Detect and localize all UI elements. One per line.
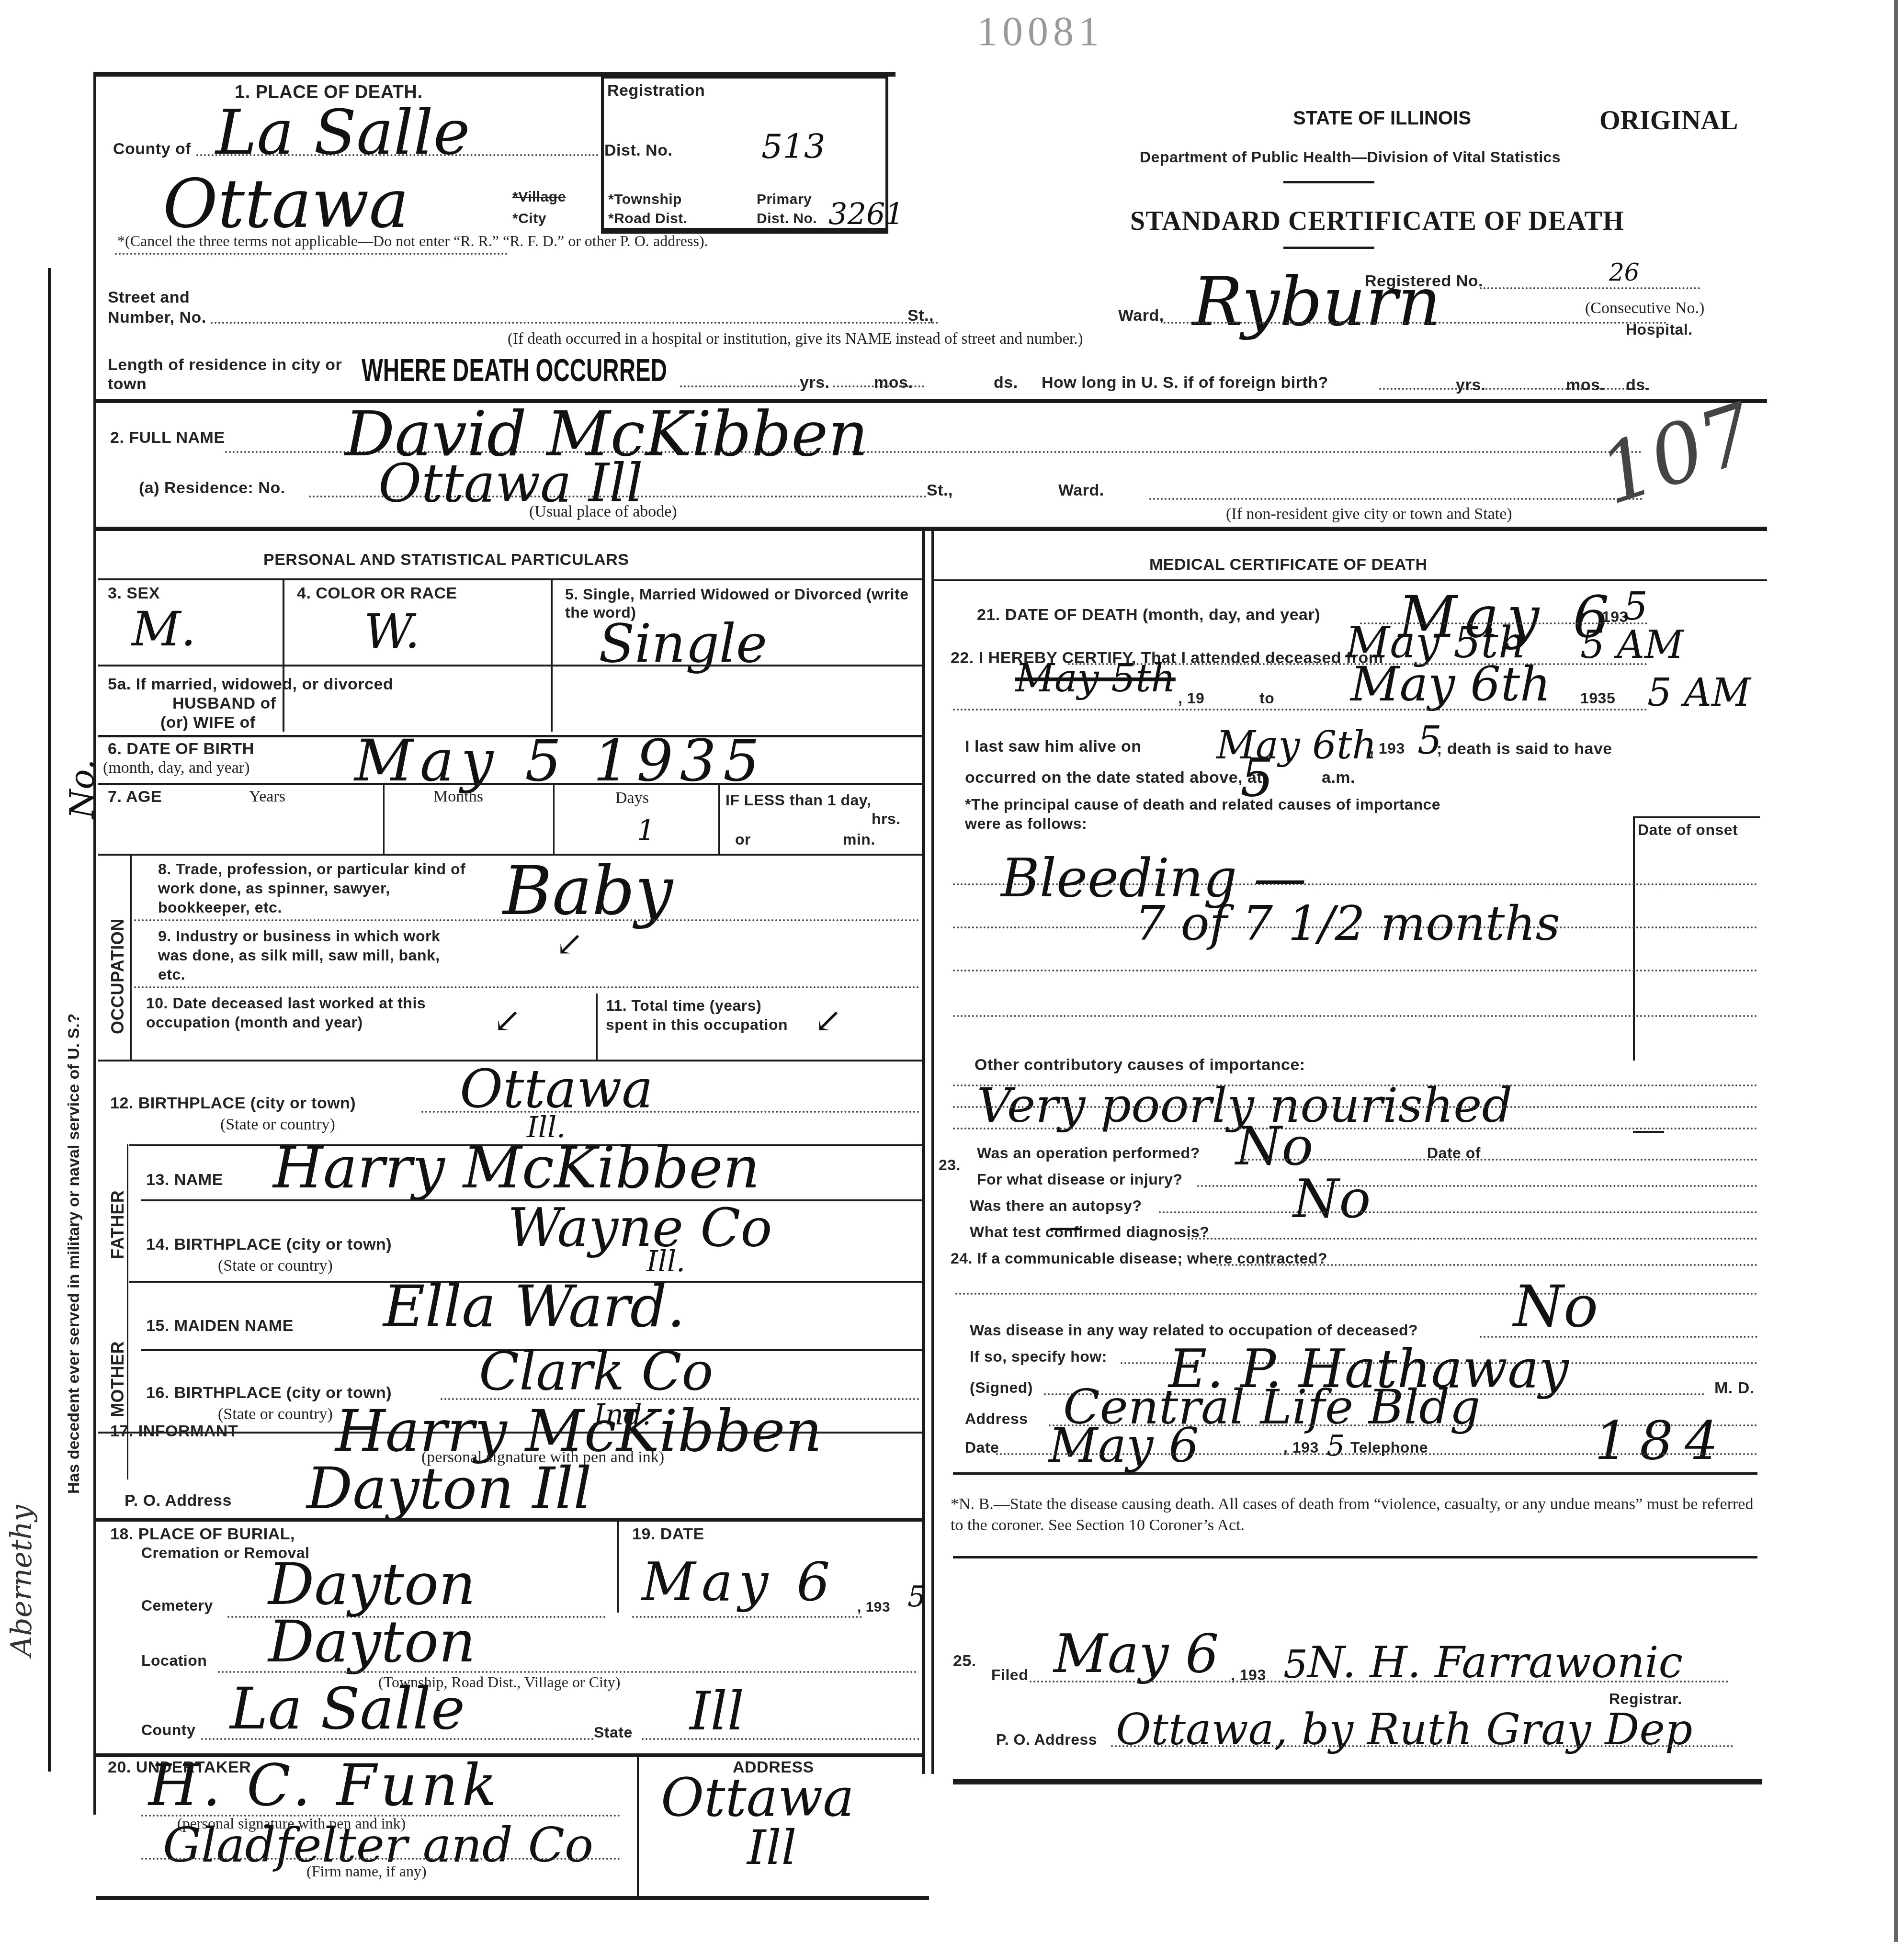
cause-2[interactable]: 7 of 7 1/2 months — [1135, 895, 1560, 951]
onset-bottom-line — [1633, 1131, 1664, 1133]
hrs-label: hrs. — [872, 810, 901, 828]
state-title: STATE OF ILLINOIS — [1293, 108, 1471, 129]
attended-to-value[interactable]: May 6th — [1350, 656, 1551, 712]
industry-line — [134, 986, 919, 988]
residence-ward-label: Ward. — [1058, 481, 1104, 500]
last-saw-label: I last saw him alive on — [965, 737, 1142, 756]
test-line — [1188, 1238, 1757, 1240]
operation-value[interactable]: No — [1235, 1116, 1313, 1177]
cell-divider — [553, 783, 555, 855]
occupation-related-line — [1480, 1336, 1757, 1338]
cell-divider — [637, 1755, 639, 1898]
row-line — [953, 1472, 1757, 1475]
age-days-value[interactable]: 1 — [637, 814, 655, 847]
bottom-border-right — [953, 1779, 1762, 1784]
cell-divider — [383, 783, 385, 855]
spouse-label-3: (or) WIFE of — [160, 713, 256, 732]
location-label: Location — [141, 1652, 207, 1670]
trade-value[interactable]: Baby — [503, 852, 673, 930]
age-label: 7. AGE — [108, 788, 162, 806]
mother-name-label: 15. MAIDEN NAME — [146, 1317, 294, 1335]
disease-line — [1197, 1185, 1757, 1187]
foreign-yrs-line — [1379, 388, 1647, 390]
city-value[interactable]: Ottawa — [163, 165, 409, 243]
onset-top-line — [1633, 816, 1760, 818]
filed-label: Filed — [991, 1666, 1028, 1684]
total-time-label: 11. Total time (years) spent in this occ… — [606, 996, 807, 1034]
location-line — [218, 1671, 917, 1673]
contributory-line-1 — [953, 1084, 1757, 1086]
usual-place-note: (Usual place of abode) — [529, 503, 677, 521]
father-birthplace-label: 14. BIRTHPLACE (city or town) — [146, 1235, 392, 1254]
bottom-border — [96, 1896, 929, 1900]
registered-no-value[interactable]: 26 — [1609, 259, 1640, 286]
cell-divider — [718, 783, 720, 855]
ds-label: ds. — [994, 373, 1018, 392]
last-worked-mark[interactable]: ↙ — [493, 1001, 521, 1040]
signed-label: (Signed) — [970, 1379, 1033, 1397]
father-name-value[interactable]: Harry McKibben — [273, 1135, 760, 1201]
father-name-label: 13. NAME — [146, 1171, 223, 1189]
undertaker-address-state[interactable]: Ill — [747, 1819, 796, 1875]
burial-county-label: County — [141, 1721, 195, 1739]
onset-column-divider — [1633, 816, 1635, 1061]
filing-po-label: P. O. Address — [996, 1731, 1097, 1749]
mother-side-label: MOTHER — [108, 1341, 128, 1417]
dist-no-label: Dist. No. — [604, 141, 672, 160]
cell-divider — [617, 1522, 619, 1613]
consecutive-label: (Consecutive No.) — [1585, 299, 1704, 317]
autopsy-value[interactable]: No — [1293, 1168, 1371, 1230]
firm-note: (Firm name, if any) — [306, 1863, 427, 1880]
min-label: min. — [843, 831, 875, 848]
burial-county-value[interactable]: La Salle — [230, 1676, 465, 1742]
md-label: M. D. — [1714, 1379, 1755, 1398]
communicable-line — [1216, 1264, 1757, 1266]
physician-date[interactable]: May 6 — [1049, 1417, 1199, 1473]
hospital-label: Hospital. — [1626, 321, 1693, 339]
father-side-label: FATHER — [108, 1190, 128, 1259]
operation-line — [1240, 1159, 1757, 1161]
date-line — [996, 1453, 1757, 1455]
filing-po-line — [1111, 1745, 1734, 1747]
physician-address-label: Address — [965, 1410, 1028, 1428]
dist-no-value[interactable]: 513 — [761, 127, 826, 166]
county-value[interactable]: La Salle — [215, 96, 470, 169]
military-service-note: Has decedent ever served in military or … — [65, 1014, 83, 1494]
birthplace-sub-label: (State or country) — [220, 1116, 335, 1134]
contributory-line-2 — [953, 1106, 1757, 1108]
informant-label: 17. INFORMANT — [110, 1422, 238, 1441]
registered-no-label: Registered No. — [1365, 272, 1483, 291]
margin-signature: Abernethy — [5, 1505, 38, 1657]
medical-section-title: MEDICAL CERTIFICATE OF DEATH — [1149, 555, 1428, 574]
filed-line — [1030, 1681, 1729, 1682]
foreign-ds-label: ds. — [1626, 376, 1650, 395]
to-year: 1935 — [1580, 689, 1615, 707]
row-line — [96, 1518, 922, 1522]
residence-length-label: Length of residence in city or town — [108, 355, 357, 394]
original-stamp: ORIGINAL — [1599, 105, 1738, 136]
contributory-line-3 — [953, 1128, 1757, 1129]
contributory-label: Other contributory causes of importance: — [975, 1056, 1305, 1074]
age-years-label: Years — [249, 788, 285, 806]
cause-label: *The principal cause of death and relate… — [965, 795, 1453, 833]
age-days-label: Days — [615, 789, 649, 807]
or-label: or — [735, 831, 751, 848]
ward-label: Ward, — [1118, 306, 1164, 325]
telephone-value[interactable]: 184 — [1595, 1410, 1730, 1471]
residence-st-label: St., — [927, 481, 953, 500]
road-dist-option[interactable]: *Road Dist. — [608, 211, 688, 227]
to-time[interactable]: 5 AM — [1647, 670, 1751, 715]
mos-label: mos. — [874, 373, 913, 392]
residence-label: (a) Residence: No. — [139, 479, 285, 497]
dob-sub-label: (month, day, and year) — [103, 759, 250, 777]
nineteen-label: , 19 — [1178, 689, 1204, 707]
race-value[interactable]: W. — [364, 603, 420, 659]
primary-dist-label: Dist. No. — [757, 211, 817, 227]
burial-date-label: 19. DATE — [632, 1525, 704, 1544]
sex-label: 3. SEX — [108, 584, 160, 603]
row-line — [934, 579, 1767, 581]
foreign-birth-label: How long in U. S. if of foreign birth? — [1042, 373, 1328, 392]
cell-divider — [596, 994, 598, 1061]
autopsy-line — [1159, 1211, 1757, 1213]
disease-label: For what disease or injury? — [977, 1171, 1183, 1188]
dob-label: 6. DATE OF BIRTH — [108, 740, 254, 758]
filing-po-value[interactable]: Ottawa, by Ruth Gray Dep — [1116, 1705, 1692, 1755]
outer-left-border — [93, 72, 96, 1815]
divider — [1283, 247, 1374, 249]
street-label: Street and Number, No. — [108, 287, 208, 327]
occupation-side-border — [130, 854, 132, 1060]
row-line — [98, 783, 922, 785]
filing-item: 25. — [953, 1652, 976, 1671]
military-service-answer[interactable]: No. — [62, 759, 102, 819]
nb-note: *N. B.—State the disease causing death. … — [951, 1494, 1765, 1536]
residence-yrs-line — [680, 385, 800, 387]
mother-birthplace-city[interactable]: Clark Co — [479, 1341, 714, 1402]
industry-mark[interactable]: ↙ — [555, 924, 584, 963]
registered-line — [1480, 287, 1700, 289]
foreign-mos-label: mos. — [1566, 376, 1605, 395]
death-said-label: ; death is said to have — [1437, 740, 1612, 758]
father-birthplace-sub: (State or country) — [218, 1257, 333, 1275]
cancel-note: *(Cancel the three terms not applicable—… — [117, 232, 708, 250]
right-scan-edge — [1894, 0, 1898, 1942]
last-saw-year-prefix: , 193 — [1370, 740, 1405, 757]
street-st-label: St., — [907, 306, 934, 325]
occupation-side-label: OCCUPATION — [108, 918, 128, 1034]
last-worked-label: 10. Date deceased last worked at this oc… — [146, 994, 462, 1032]
divider — [1283, 181, 1374, 183]
file-number: 10081 — [977, 7, 1104, 55]
city-line — [115, 253, 508, 255]
burial-state-line — [642, 1738, 919, 1740]
cause-line-3 — [953, 970, 1757, 971]
cause-line-4 — [953, 1015, 1757, 1017]
date-of-death-label: 21. DATE OF DEATH (month, day, and year) — [977, 606, 1320, 624]
birthplace-label: 12. BIRTHPLACE (city or town) — [110, 1094, 356, 1113]
birthplace-city[interactable]: Ottawa — [460, 1058, 653, 1119]
industry-label: 9. Industry or business in which work wa… — [158, 926, 469, 984]
po-address-value[interactable]: Dayton Ill — [306, 1456, 592, 1522]
cell-divider — [551, 578, 553, 732]
cemetery-label: Cemetery — [141, 1597, 213, 1615]
primary-label: Primary — [757, 192, 812, 208]
filed-value[interactable]: May 6 — [1054, 1623, 1219, 1684]
operation-label: Was an operation performed? — [977, 1144, 1200, 1162]
hospital-line — [1164, 322, 1666, 324]
trade-label: 8. Trade, profession, or particular kind… — [158, 859, 469, 917]
full-name-label: 2. FULL NAME — [110, 429, 225, 447]
burial-date-line — [632, 1616, 862, 1618]
yrs-label: yrs. — [800, 373, 830, 392]
certificate-title: STANDARD CERTIFICATE OF DEATH — [1130, 206, 1624, 237]
location-value[interactable]: Dayton — [268, 1609, 476, 1675]
residence-ward-line — [1149, 498, 1643, 500]
row-line — [98, 578, 922, 580]
test-label: What test confirmed diagnosis? — [970, 1223, 1209, 1241]
to-label: to — [1259, 689, 1274, 707]
left-margin-rule — [48, 268, 51, 1772]
burial-date-value[interactable]: May 6 — [642, 1551, 836, 1613]
cell-divider — [283, 578, 284, 732]
physician-year[interactable]: 5 — [1326, 1429, 1345, 1463]
item-23-label: 23. — [939, 1156, 961, 1174]
race-label: 4. COLOR OR RACE — [297, 584, 457, 603]
less-than-label: IF LESS than 1 day, — [725, 790, 907, 810]
spouse-label-1: 5a. If married, widowed, or divorced — [108, 675, 393, 694]
firm-line — [141, 1858, 620, 1860]
attended-line — [953, 709, 1647, 711]
burial-year-digit[interactable]: 5 — [907, 1580, 926, 1614]
po-address-label: P. O. Address — [125, 1491, 232, 1510]
township-option[interactable]: *Township — [608, 192, 682, 208]
specify-label: If so, specify how: — [970, 1348, 1107, 1366]
burial-place-label: 18. PLACE OF BURIAL, — [110, 1525, 295, 1544]
undertaker-signature[interactable]: H. C. Funk — [148, 1752, 500, 1819]
where-death-occurred: WHERE DEATH OCCURRED — [362, 352, 667, 388]
total-time-mark[interactable]: ↙ — [814, 1001, 842, 1040]
burial-state-value[interactable]: Ill — [690, 1681, 744, 1742]
age-months-label: Months — [433, 788, 483, 806]
attended-from-crossed[interactable]: May 5th — [1015, 656, 1176, 700]
attended-from-time[interactable]: 5 AM — [1580, 622, 1684, 667]
registration-label: Registration — [607, 81, 705, 100]
margin-number-mark: 107 — [1588, 385, 1766, 524]
county-label: County of — [113, 140, 191, 158]
mother-name-value[interactable]: Ella Ward. — [383, 1274, 685, 1340]
communicable-line-2 — [955, 1293, 1757, 1295]
occupation-related-value[interactable]: No — [1513, 1274, 1598, 1340]
undertaker-address-city[interactable]: Ottawa — [661, 1767, 854, 1828]
burial-county-line — [201, 1738, 594, 1740]
department-line: Department of Public Health—Division of … — [1140, 148, 1561, 166]
hospital-note: (If death occurred in a hospital or inst… — [508, 330, 1083, 348]
trade-line — [134, 919, 919, 921]
time-suffix: a.m. — [1322, 768, 1355, 787]
father-birthplace-city[interactable]: Wayne Co — [508, 1197, 772, 1258]
cemetery-value[interactable]: Dayton — [268, 1551, 476, 1618]
mother-birthplace-sub: (State or country) — [218, 1405, 333, 1423]
occurred-label: occurred on the date stated above, at — [965, 768, 1262, 787]
column-divider-2 — [931, 529, 934, 1774]
birthplace-line — [421, 1111, 919, 1113]
nonresident-note: (If non-resident give city or town and S… — [1226, 505, 1512, 523]
street-line — [211, 322, 939, 324]
sex-value[interactable]: M. — [132, 601, 196, 657]
occupation-related-label: Was disease in any way related to occupa… — [970, 1321, 1418, 1339]
row-line — [98, 665, 922, 666]
personal-section-title: PERSONAL AND STATISTICAL PARTICULARS — [263, 551, 629, 569]
burial-state-label: State — [594, 1724, 633, 1741]
primary-dist-value[interactable]: 3261 — [828, 196, 904, 231]
physician-date-label: Date — [965, 1439, 999, 1456]
row-line — [953, 1556, 1757, 1558]
date-of-onset-label: Date of onset — [1638, 821, 1738, 839]
village-option[interactable]: *Village — [512, 189, 566, 205]
foreign-yrs-label: yrs. — [1456, 376, 1486, 395]
burial-year-prefix: , 193 — [857, 1599, 890, 1615]
city-option[interactable]: *City — [512, 211, 546, 227]
test-value[interactable]: — — [1049, 1207, 1082, 1246]
spouse-label-2: HUSBAND of — [172, 694, 276, 713]
